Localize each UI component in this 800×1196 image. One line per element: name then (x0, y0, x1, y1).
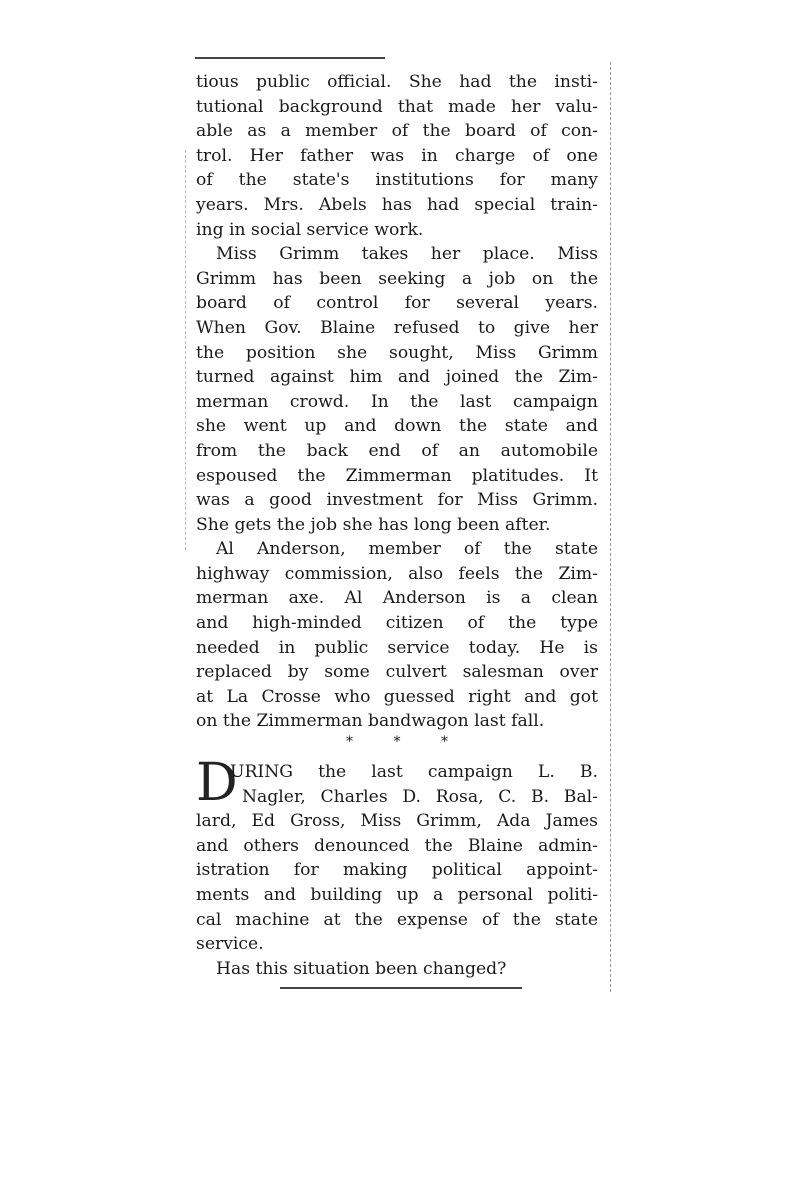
text-line: She gets the job she has long been after… (196, 513, 598, 538)
text-line: on the Zimmerman bandwagon last fall. (196, 709, 598, 734)
text-line: able as a member of the board of con- (196, 119, 598, 144)
drop-cap: D (196, 759, 238, 807)
text-line: and others denounced the Blaine admin- (196, 834, 598, 859)
text-line: ments and building up a personal politi- (196, 883, 598, 908)
bottom-rule (280, 987, 522, 989)
text-line: highway commission, also feels the Zim- (196, 562, 598, 587)
text-line: espoused the Zimmerman platitudes. It (196, 464, 598, 489)
text-line: turned against him and joined the Zim- (196, 365, 598, 390)
closing-question: Has this situation been changed? (196, 957, 598, 982)
text-line: istration for making political appoint- (196, 858, 598, 883)
text-line: of the state's institutions for many (196, 168, 598, 193)
text-line: ing in social service work. (196, 218, 598, 243)
article-column: tious public official. She had the insti… (196, 70, 598, 981)
paragraph-abels: tious public official. She had the insti… (196, 70, 598, 242)
text-line: years. Mrs. Abels has had special train- (196, 193, 598, 218)
text-line: lard, Ed Gross, Miss Grimm, Ada James (196, 809, 598, 834)
text-line: Nagler, Charles D. Rosa, C. B. Bal- (196, 785, 598, 810)
text-line: Miss Grimm takes her place. Miss (196, 242, 598, 267)
text-line: was a good investment for Miss Grimm. (196, 488, 598, 513)
text-line: tutional background that made her valu- (196, 95, 598, 120)
text-line: service. (196, 932, 598, 957)
text-line: she went up and down the state and (196, 414, 598, 439)
text-line: tious public official. She had the insti… (196, 70, 598, 95)
text-line: Al Anderson, member of the state (196, 537, 598, 562)
text-line: the position she sought, Miss Grimm (196, 341, 598, 366)
text-line: When Gov. Blaine refused to give her (196, 316, 598, 341)
top-rule (195, 57, 385, 59)
section-separator: * * * (196, 734, 598, 750)
text-line: replaced by some culvert salesman over (196, 660, 598, 685)
text-line: at La Crosse who guessed right and got (196, 685, 598, 710)
text-line: and high-minded citizen of the type (196, 611, 598, 636)
text-line: from the back end of an automobile (196, 439, 598, 464)
text-line: Grimm has been seeking a job on the (196, 267, 598, 292)
text-line: cal machine at the expense of the state (196, 908, 598, 933)
section-two: D URING the last campaign L. B. Nagler, … (196, 760, 598, 981)
text-line: merman axe. Al Anderson is a clean (196, 586, 598, 611)
paragraph-anderson: Al Anderson, member of the state highway… (196, 537, 598, 734)
column-border-left (185, 150, 187, 550)
paragraph-grimm: Miss Grimm takes her place. Miss Grimm h… (196, 242, 598, 537)
text-line: URING the last campaign L. B. (196, 760, 598, 785)
column-border-right (610, 62, 612, 992)
text-line: needed in public service today. He is (196, 636, 598, 661)
text-line: trol. Her father was in charge of one (196, 144, 598, 169)
text-line: merman crowd. In the last campaign (196, 390, 598, 415)
text-line: board of control for several years. (196, 291, 598, 316)
